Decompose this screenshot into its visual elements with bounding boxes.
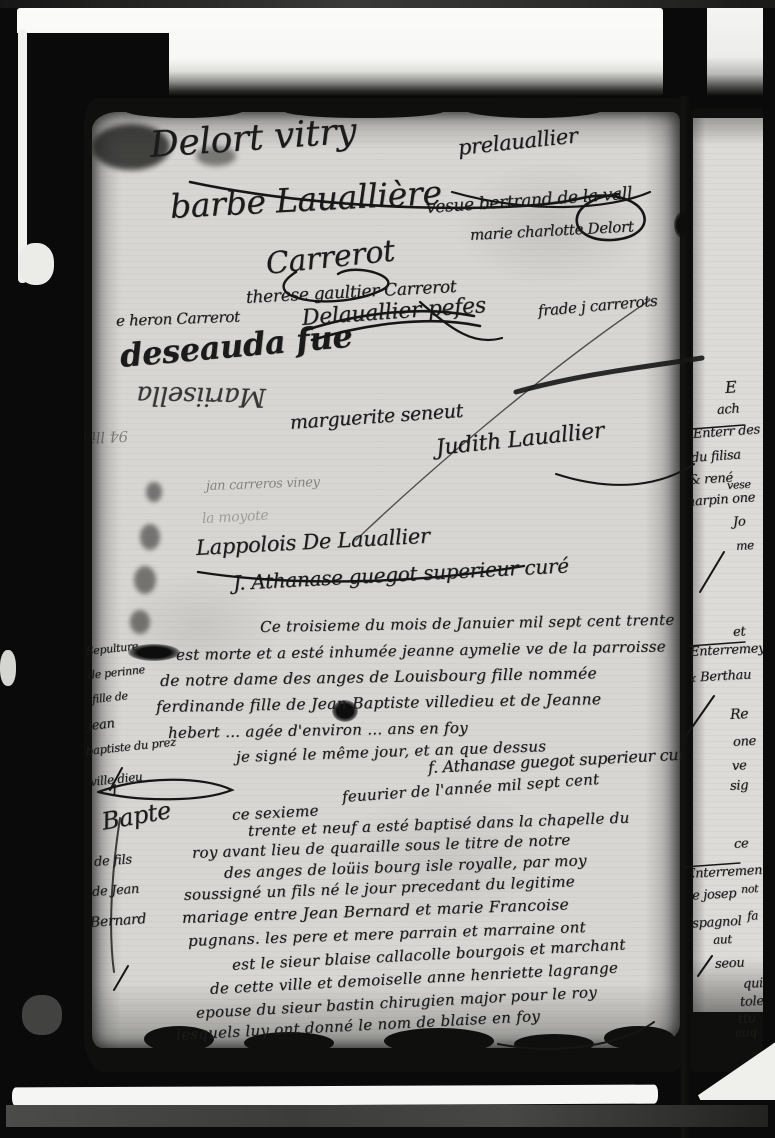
right-page-fragment: & Berthau: [691, 669, 751, 685]
scanned-register-photo: Delort vitry prelauallier barbe Laualliè…: [0, 0, 775, 1138]
right-page-fragment: Jo: [733, 515, 746, 529]
right-page-fragment: auq: [735, 1026, 757, 1039]
torn-edge: [464, 100, 604, 118]
margin-mark: 1: [109, 783, 120, 799]
bottom-white-band: [12, 1085, 658, 1107]
left-border-patch: [0, 650, 16, 686]
right-page-fragment: qui: [743, 977, 763, 991]
right-page-fragment: ach: [717, 402, 740, 417]
ink-spot: [130, 610, 150, 634]
film-top-strip: [0, 0, 775, 8]
left-border-patch: [18, 243, 54, 285]
right-page-fragment: vese: [727, 479, 751, 491]
right-page-fragment: Enterremen: [691, 864, 763, 881]
bottom-gray-stripe: [6, 1105, 768, 1127]
faded-carrerot-line: jan carreros viney: [206, 476, 320, 493]
top-band-shadow: [17, 33, 169, 97]
right-page-fragment: Enterremeyn: [691, 642, 763, 659]
right-page-fragment: de josep: [691, 887, 737, 903]
ink-blot: [674, 212, 690, 238]
signature-eheron-carrerot: e heron Carrerot: [116, 310, 240, 329]
margin-note: de fils: [94, 853, 133, 869]
inverted-ink-transfer-large: Mariisella: [137, 382, 266, 410]
ink-spot: [140, 524, 160, 550]
right-page-fragment: aut: [713, 933, 732, 946]
right-page-fragment: ve: [732, 759, 747, 773]
left-page: Delort vitry prelauallier barbe Laualliè…: [84, 98, 683, 1072]
margin-note: jean: [87, 717, 115, 733]
right-page-fragment: me: [736, 539, 754, 552]
right-page-fragment: Espagnol: [691, 915, 742, 931]
ink-spot: [146, 482, 162, 502]
margin-note: fille de: [91, 690, 128, 705]
margin-note: de Jean: [92, 883, 140, 899]
right-page-fragment: one: [733, 735, 757, 749]
inverted-ink-transfer-small: 94 lliaume: [84, 428, 128, 446]
right-page-fragment: sig: [730, 779, 749, 793]
right-page-fragment: ce: [734, 837, 749, 851]
right-page-fragment: et: [733, 625, 746, 639]
right-page-sliver: E ach Enterr des du filisa & rené vese h…: [691, 108, 763, 1072]
torn-edge: [124, 102, 244, 118]
top-right-white-patch: [707, 8, 763, 96]
faded-scrawl: la moyote: [202, 509, 269, 526]
torn-edge: [604, 1026, 674, 1050]
right-page-fragment: ttu: [738, 1012, 757, 1026]
margin-note: Bernard: [90, 912, 147, 930]
right-page-fragment: du filisa: [691, 449, 741, 465]
right-page-fragment: fa: [747, 909, 759, 922]
right-page-fragment: seou: [715, 956, 745, 971]
right-page-fragment: tole: [740, 995, 763, 1009]
torn-edge: [514, 1034, 594, 1054]
ink-spot: [134, 566, 156, 594]
right-page-fragment: not: [741, 883, 759, 895]
right-page-fragment: Re: [730, 707, 749, 722]
left-border-patch: [22, 995, 62, 1035]
right-page-fragment: E: [724, 379, 736, 396]
